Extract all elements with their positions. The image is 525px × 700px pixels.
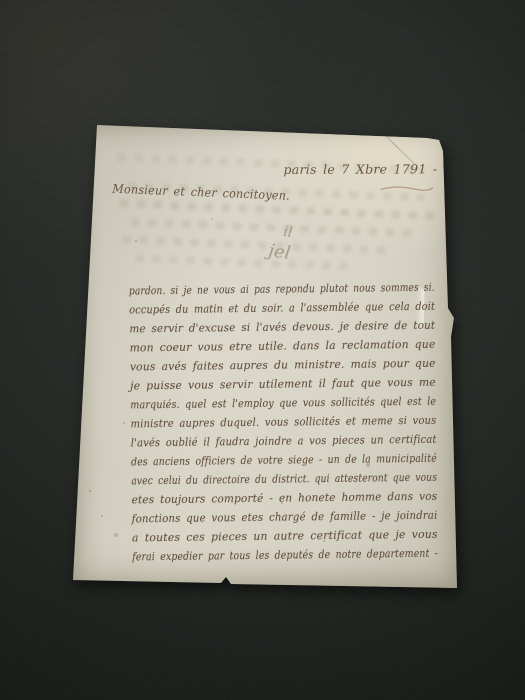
pencil-mark: il (282, 224, 293, 241)
body-line: ferai expedier par tous les deputés de n… (132, 544, 438, 567)
foxing-specks (71, 122, 73, 124)
ink-bleedthrough-line (136, 255, 356, 271)
pencil-mark: jel (267, 240, 292, 264)
letter-body: pardon. si je ne vous ai pas repondu plu… (129, 276, 438, 565)
paper-shadow: paris le 7 Xbre 1791 - Monsieur et cher … (71, 122, 457, 588)
salutation: Monsieur et cher concitoyen. (112, 182, 290, 203)
dateline: paris le 7 Xbre 1791 - (283, 161, 437, 177)
ink-bleedthrough-line (122, 236, 392, 254)
photo-background: paris le 7 Xbre 1791 - Monsieur et cher … (0, 0, 525, 700)
ink-bleedthrough-line (120, 200, 436, 220)
body-row: pardon. si je ne vous ai pas repondu plu… (129, 276, 435, 299)
letter-content: paris le 7 Xbre 1791 - Monsieur et cher … (79, 125, 445, 591)
letter-paper: paris le 7 Xbre 1791 - Monsieur et cher … (71, 122, 457, 588)
